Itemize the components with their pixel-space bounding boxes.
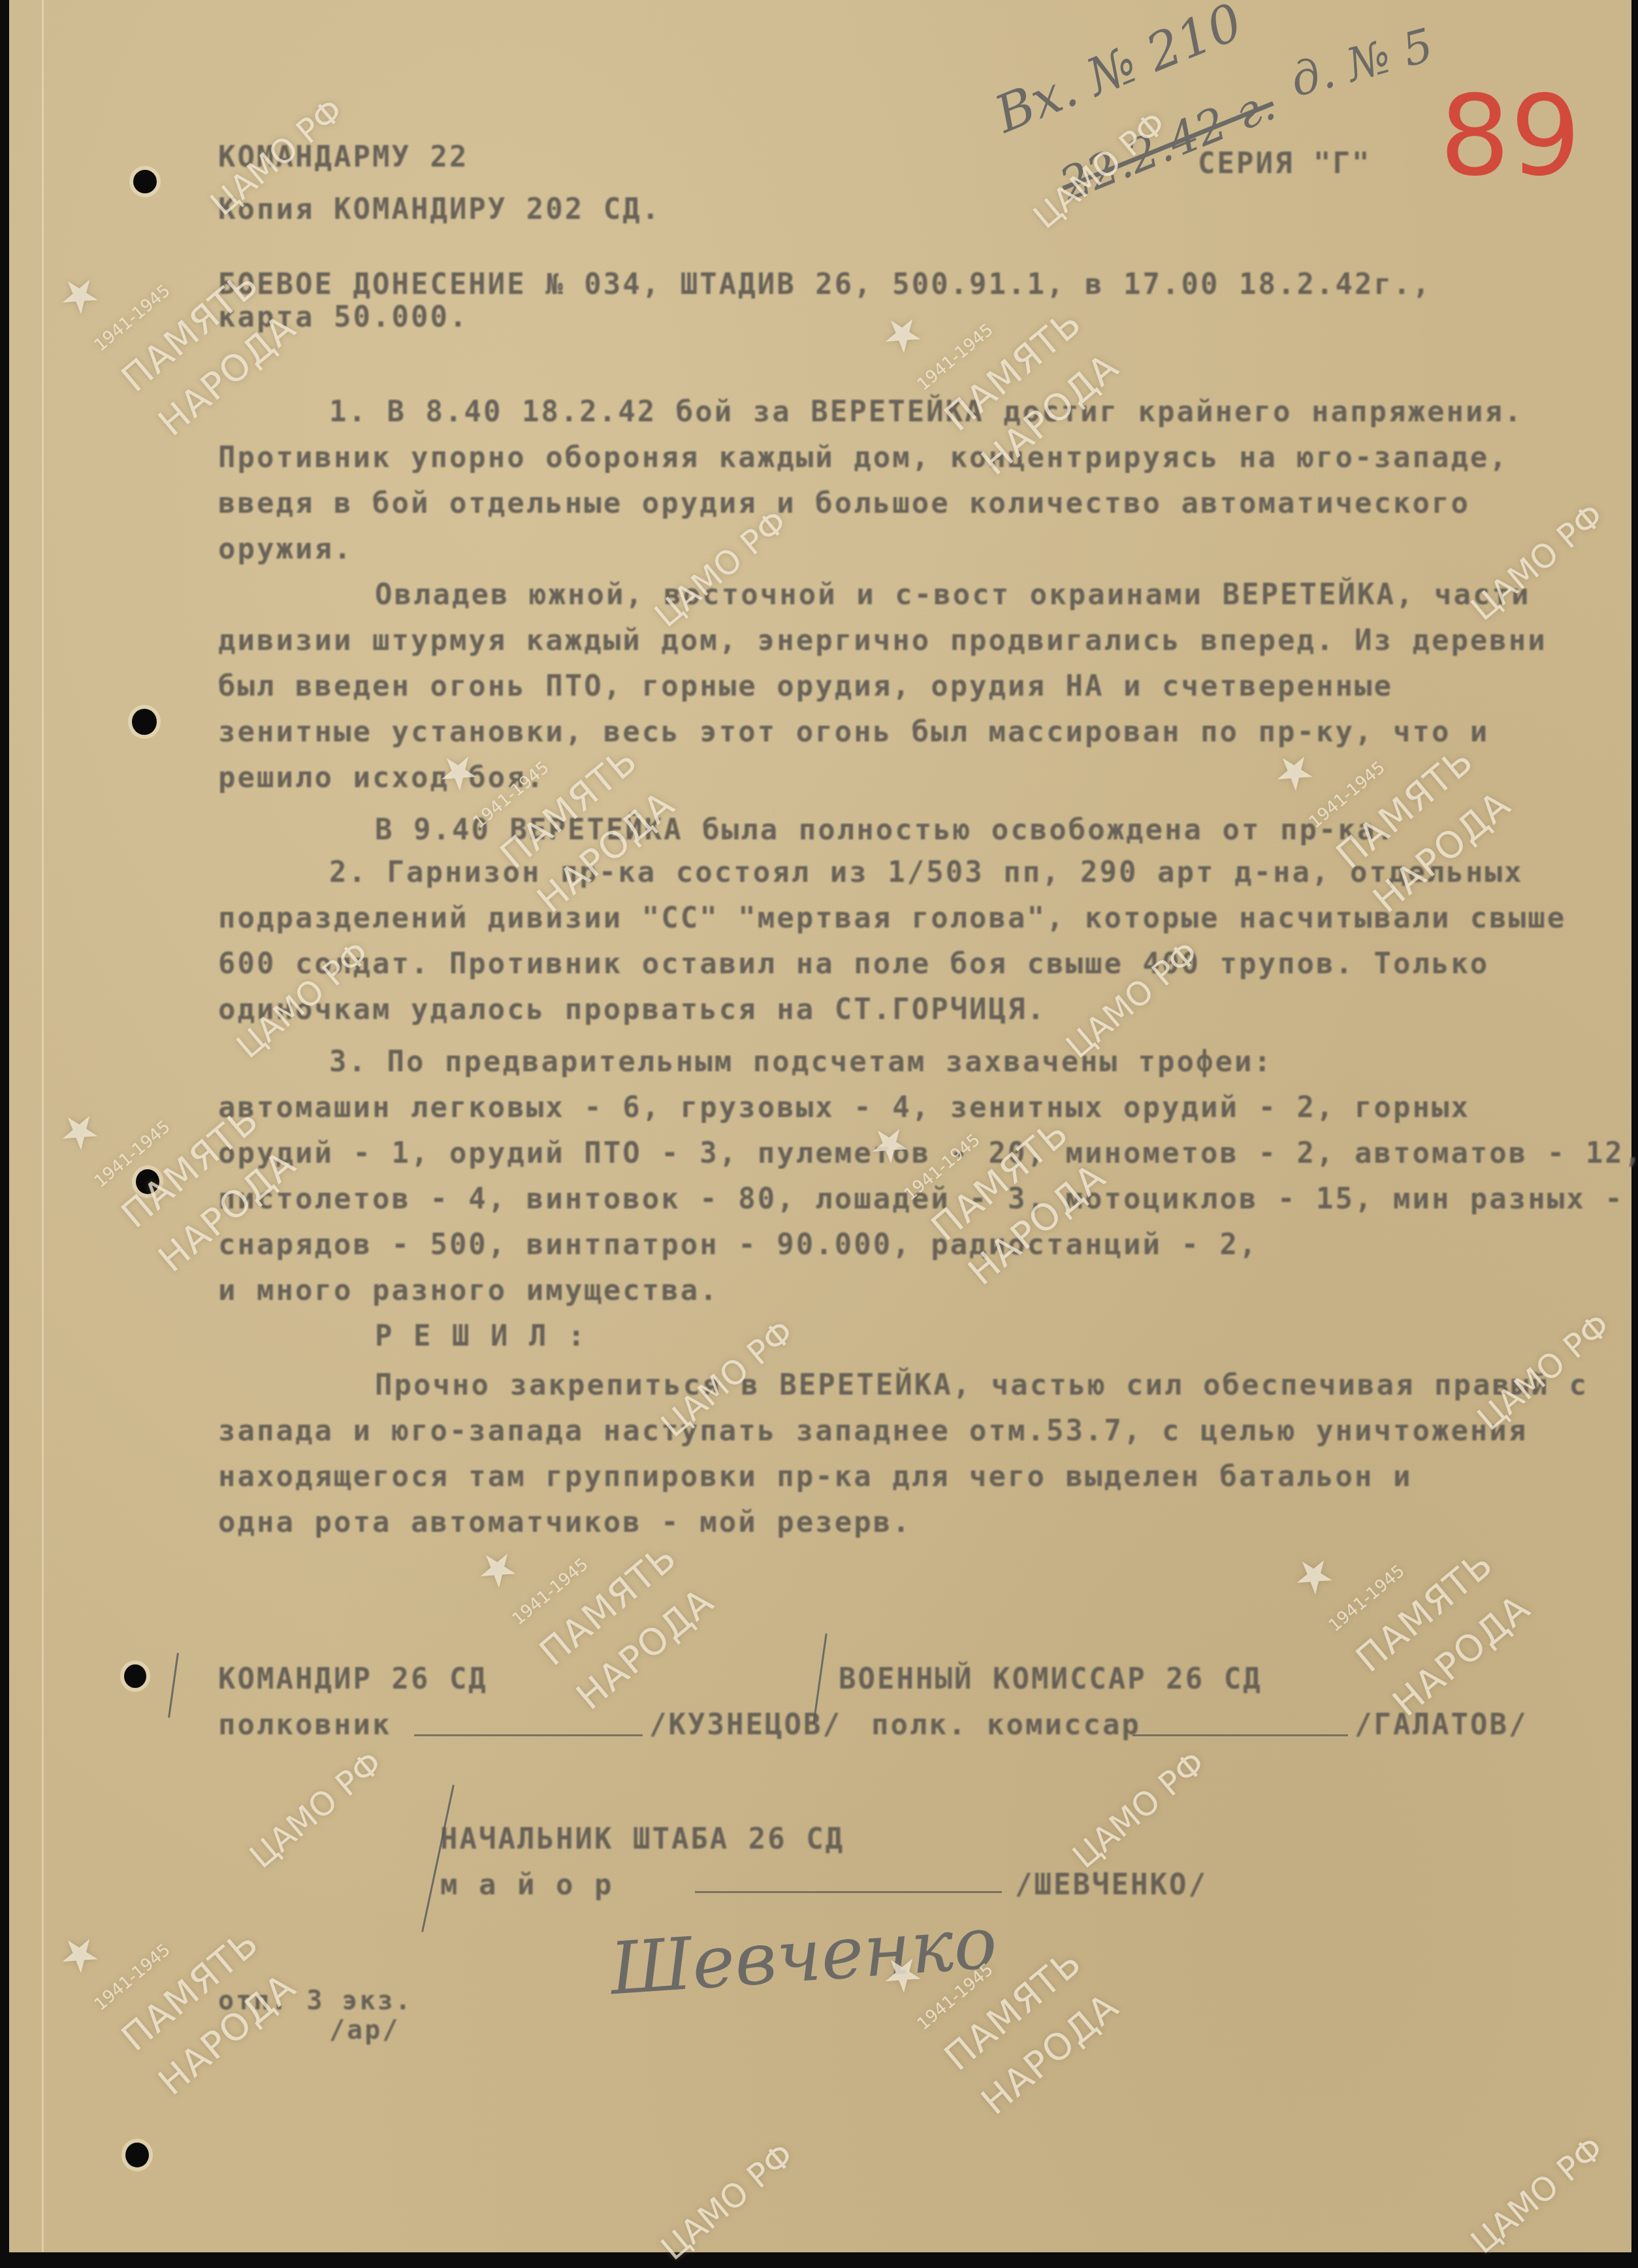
delo-number: д. № 5 — [1285, 18, 1439, 108]
star-icon: ★ — [49, 1020, 204, 1161]
decision-line: находящегося там группировки пр-ка для ч… — [218, 1460, 1412, 1493]
decision-heading: Р Е Ш И Л : — [375, 1320, 586, 1353]
body-line: 600 солдат. Противник оставил на поле бо… — [218, 947, 1489, 980]
chief-of-staff-rank: м а й о р — [440, 1868, 613, 1902]
body-line: Овладев южной, восточной и с-вост окраин… — [375, 578, 1530, 611]
commissar-rank: полк. комиссар — [871, 1708, 1141, 1741]
watermark-camo: ЦАМО РФ — [649, 505, 793, 633]
watermark-camo: ЦАМО РФ — [1466, 2131, 1609, 2260]
punch-hole — [132, 709, 157, 735]
body-line: оружия. — [218, 532, 353, 566]
typist-initials: /ар/ — [329, 2015, 400, 2045]
chief-of-staff-title: НАЧАЛЬНИК ШТАБА 26 СД — [440, 1822, 844, 1856]
body-line: подразделений дивизии "СС" "мертвая голо… — [218, 901, 1566, 935]
body-line: снарядов - 500, винтпатрон - 90.000, рад… — [218, 1228, 1258, 1261]
watermark-camo: ЦАМО РФ — [1466, 498, 1609, 626]
series-label: СЕРИЯ "Г" — [1198, 147, 1371, 180]
report-title: БОЕВОЕ ДОНЕСЕНИЕ № 034, ШТАДИВ 26, 500.9… — [218, 268, 1432, 301]
star-icon: ★ — [49, 1843, 204, 1984]
watermark-camo: ЦАМО РФ — [656, 2138, 799, 2266]
commander-title: КОМАНДИР 26 СД — [218, 1662, 488, 1696]
fold-line — [42, 0, 44, 2252]
decision-line: запада и юго-запада наступать западнее о… — [218, 1414, 1528, 1448]
body-line: был введен огонь ПТО, горные орудия, ору… — [218, 670, 1393, 703]
star-icon: ★ — [49, 184, 204, 325]
star-icon: ★ — [872, 1863, 1027, 2004]
pencil-mark — [421, 1785, 455, 1932]
commissar-title: ВОЕННЫЙ КОМИССАР 26 СД — [839, 1662, 1262, 1696]
pencil-mark — [168, 1653, 179, 1717]
body-line: 1. В 8.40 18.2.42 бой за ВЕРЕТЕЙКА дости… — [329, 395, 1523, 429]
body-line: введя в бой отдельные орудия и большое к… — [218, 487, 1470, 520]
punch-hole — [125, 2143, 149, 2167]
addressee-line2: Копия КОМАНДИРУ 202 СД. — [218, 193, 661, 226]
body-line: Противник упорно обороняя каждый дом, ко… — [218, 441, 1509, 474]
body-line: 3. По предварительным подсчетам захвачен… — [329, 1045, 1273, 1078]
body-line: дивизии штурмуя каждый дом, энергично пр… — [218, 624, 1547, 657]
commander-rank: полковник — [218, 1708, 391, 1741]
watermark-camo: ЦАМО РФ — [1067, 1746, 1211, 1874]
watermark-pamyat-naroda: ★ 1941-1945 ПАМЯТЬ НАРОДА — [35, 1828, 316, 2118]
punch-hole — [124, 1664, 146, 1688]
body-line: автомашин легковых - 6, грузовых - 4, зе… — [218, 1091, 1470, 1124]
body-line: одиночкам удалось прорваться на СТ.ГОРЧИ… — [218, 993, 1046, 1026]
watermark-camo: ЦАМО РФ — [244, 1746, 388, 1874]
body-line: и много разного имущества. — [218, 1274, 719, 1307]
chief-of-staff-name: /ШЕВЧЕНКО/ — [1015, 1868, 1208, 1902]
signature-line — [1132, 1734, 1348, 1736]
star-icon: ★ — [872, 223, 1027, 364]
commander-name: /КУЗНЕЦОВ/ — [649, 1708, 842, 1741]
signature-line — [414, 1734, 643, 1736]
sheet-number: 89 — [1439, 72, 1581, 201]
document-page: Вх. № 210 22.2.42 г. д. № 5 89 СЕРИЯ "Г"… — [9, 0, 1631, 2252]
decision-line: Прочно закрепиться в ВЕРЕТЕЙКА, частью с… — [375, 1369, 1588, 1402]
